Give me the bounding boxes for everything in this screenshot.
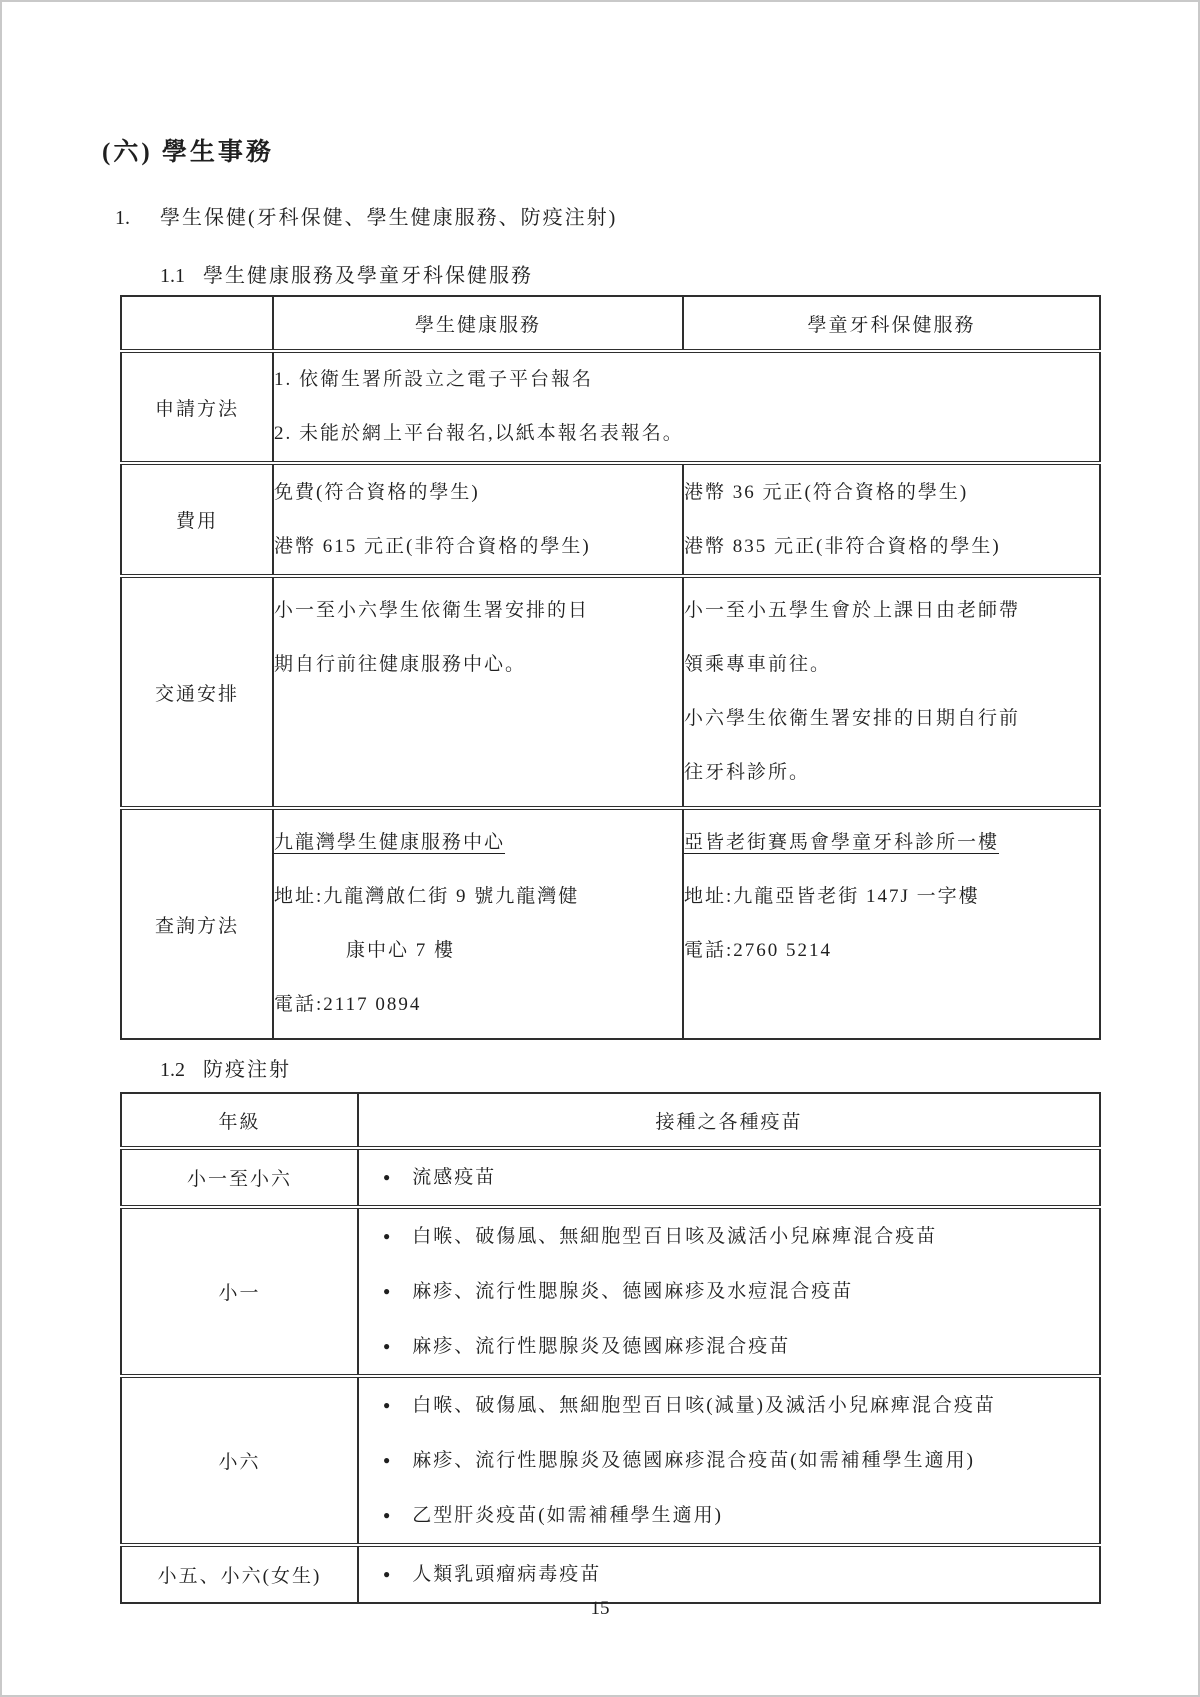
header-cell-dental-service: 學童牙科保健服務 [683,296,1100,351]
vaccine-text: 白喉、破傷風、無細胞型百日咳(減量)及滅活小兒麻痺混合疫苗 [412,1395,996,1416]
list-item-1-number: 1. [115,207,130,230]
bullet-icon: ● [383,1319,390,1374]
vaccine-text: 麻疹、流行性腮腺炎及德國麻疹混合疫苗(如需補種學生適用) [412,1450,975,1471]
vaccine-item: ●白喉、破傷風、無細胞型百日咳(減量)及滅活小兒麻痺混合疫苗 [359,1378,1099,1433]
header-cell-grade: 年級 [121,1093,358,1148]
row-label-fee: 費用 [121,463,273,576]
vaccine-row-p1: 小一 ●白喉、破傷風、無細胞型百日咳及滅活小兒麻痺混合疫苗 ●麻疹、流行性腮腺炎… [121,1207,1100,1376]
grade-label-p1: 小一 [121,1207,358,1376]
header-cell-empty [121,296,273,351]
transport-health-cell: 小一至小六學生依衛生署安排的日 期自行前往健康服務中心。 [273,576,683,808]
transport-dental-line-4: 往牙科診所。 [684,746,1099,800]
document-page: (六) 學生事務 1.學生保健(牙科保健、學生健康服務、防疫注射) 1.1學生健… [0,0,1200,1697]
bullet-icon: ● [383,1150,390,1205]
apply-step-2: 2. 未能於網上平台報名,以紙本報名表報名。 [274,407,1099,461]
health-dental-service-table: 學生健康服務 學童牙科保健服務 申請方法 1. 依衛生署所設立之電子平台報名 2… [120,295,1101,1040]
vaccine-row-p6: 小六 ●白喉、破傷風、無細胞型百日咳(減量)及滅活小兒麻痺混合疫苗 ●麻疹、流行… [121,1376,1100,1545]
vaccine-text: 人類乳頭瘤病毒疫苗 [412,1564,601,1585]
transport-health-line-2: 期自行前往健康服務中心。 [274,638,682,692]
vaccine-item: ●乙型肝炎疫苗(如需補種學生適用) [359,1488,1099,1543]
vaccine-row-p5-p6-girls: 小五、小六(女生) ●人類乳頭瘤病毒疫苗 [121,1545,1100,1603]
vaccine-text: 白喉、破傷風、無細胞型百日咳及滅活小兒麻痺混合疫苗 [412,1226,937,1247]
header-cell-vaccines: 接種之各種疫苗 [358,1093,1100,1148]
row-label-apply-method: 申請方法 [121,351,273,463]
dental-clinic-address: 地址:九龍亞皆老街 147J 一字樓 [684,870,1099,924]
page-number: 15 [2,1598,1198,1620]
fee-dental-line-2: 港幣 835 元正(非符合資格的學生) [684,520,1099,574]
transport-dental-line-1: 小一至小五學生會於上課日由老師帶 [684,584,1099,638]
list-item-1-1: 1.1學生健康服務及學童牙科保健服務 [160,259,533,288]
vaccine-cell-p5-p6-girls: ●人類乳頭瘤病毒疫苗 [358,1545,1100,1603]
list-item-1-1-text: 學生健康服務及學童牙科保健服務 [203,265,533,287]
vaccine-item: ●白喉、破傷風、無細胞型百日咳及滅活小兒麻痺混合疫苗 [359,1209,1099,1264]
health-centre-address-line-2: 康中心 7 樓 [346,924,682,978]
health-centre-phone: 電話:2117 0894 [274,978,682,1032]
grade-label-p5-p6-girls: 小五、小六(女生) [121,1545,358,1603]
row-label-enquiry: 查詢方法 [121,808,273,1039]
enquiry-health-cell: 九龍灣學生健康服務中心 地址:九龍灣啟仁街 9 號九龍灣健 康中心 7 樓 電話… [273,808,683,1039]
vaccine-cell-p1: ●白喉、破傷風、無細胞型百日咳及滅活小兒麻痺混合疫苗 ●麻疹、流行性腮腺炎、德國… [358,1207,1100,1376]
vaccine-item: ●麻疹、流行性腮腺炎及德國麻疹混合疫苗(如需補種學生適用) [359,1433,1099,1488]
vaccine-item: ●流感疫苗 [359,1150,1099,1205]
enquiry-dental-cell: 亞皆老街賽馬會學童牙科診所一樓 地址:九龍亞皆老街 147J 一字樓 電話:27… [683,808,1100,1039]
header-cell-health-service: 學生健康服務 [273,296,683,351]
section-title: (六) 學生事務 [102,132,274,168]
vaccine-header-row: 年級 接種之各種疫苗 [121,1093,1100,1148]
list-item-1-1-number: 1.1 [160,265,185,288]
health-centre-name: 九龍灣學生健康服務中心 [274,816,682,870]
transport-health-line-1: 小一至小六學生依衛生署安排的日 [274,584,682,638]
vaccine-text: 麻疹、流行性腮腺炎及德國麻疹混合疫苗 [412,1336,790,1357]
vaccine-cell-p6: ●白喉、破傷風、無細胞型百日咳(減量)及滅活小兒麻痺混合疫苗 ●麻疹、流行性腮腺… [358,1376,1100,1545]
list-item-1: 1.學生保健(牙科保健、學生健康服務、防疫注射) [115,201,617,230]
bullet-icon: ● [383,1264,390,1319]
transport-dental-line-2: 領乘專車前往。 [684,638,1099,692]
grade-label-p1-p6: 小一至小六 [121,1148,358,1207]
bullet-icon: ● [383,1488,390,1543]
dental-clinic-name: 亞皆老街賽馬會學童牙科診所一樓 [684,816,1099,870]
fee-dental-line-1: 港幣 36 元正(符合資格的學生) [684,466,1099,520]
fee-health-line-1: 免費(符合資格的學生) [274,466,682,520]
health-centre-address-line-1: 地址:九龍灣啟仁街 9 號九龍灣健 [274,870,682,924]
bullet-icon: ● [383,1433,390,1488]
vaccine-text: 流感疫苗 [412,1167,496,1188]
dental-clinic-phone: 電話:2760 5214 [684,924,1099,978]
bullet-icon: ● [383,1209,390,1264]
grade-label-p6: 小六 [121,1376,358,1545]
fee-health-cell: 免費(符合資格的學生) 港幣 615 元正(非符合資格的學生) [273,463,683,576]
table-row-fee: 費用 免費(符合資格的學生) 港幣 615 元正(非符合資格的學生) 港幣 36… [121,463,1100,576]
table-row-enquiry: 查詢方法 九龍灣學生健康服務中心 地址:九龍灣啟仁街 9 號九龍灣健 康中心 7… [121,808,1100,1039]
transport-dental-line-3: 小六學生依衛生署安排的日期自行前 [684,692,1099,746]
table-row-transport: 交通安排 小一至小六學生依衛生署安排的日 期自行前往健康服務中心。 小一至小五學… [121,576,1100,808]
apply-step-1: 1. 依衛生署所設立之電子平台報名 [274,353,1099,407]
list-item-1-2-text: 防疫注射 [203,1059,291,1081]
table-row-apply-method: 申請方法 1. 依衛生署所設立之電子平台報名 2. 未能於網上平台報名,以紙本報… [121,351,1100,463]
vaccine-text: 麻疹、流行性腮腺炎、德國麻疹及水痘混合疫苗 [412,1281,853,1302]
fee-dental-cell: 港幣 36 元正(符合資格的學生) 港幣 835 元正(非符合資格的學生) [683,463,1100,576]
vaccine-item: ●麻疹、流行性腮腺炎、德國麻疹及水痘混合疫苗 [359,1264,1099,1319]
row-label-transport: 交通安排 [121,576,273,808]
apply-method-cell: 1. 依衛生署所設立之電子平台報名 2. 未能於網上平台報名,以紙本報名表報名。 [273,351,1100,463]
vaccine-row-p1-p6: 小一至小六 ●流感疫苗 [121,1148,1100,1207]
list-item-1-text: 學生保健(牙科保健、學生健康服務、防疫注射) [160,207,617,229]
vaccine-item: ●人類乳頭瘤病毒疫苗 [359,1547,1099,1602]
list-item-1-2-number: 1.2 [160,1059,185,1082]
list-item-1-2: 1.2防疫注射 [160,1053,291,1082]
vaccination-table: 年級 接種之各種疫苗 小一至小六 ●流感疫苗 小一 ●白喉、破傷風、無細胞型百日… [120,1092,1101,1604]
transport-dental-cell: 小一至小五學生會於上課日由老師帶 領乘專車前往。 小六學生依衛生署安排的日期自行… [683,576,1100,808]
vaccine-item: ●麻疹、流行性腮腺炎及德國麻疹混合疫苗 [359,1319,1099,1374]
bullet-icon: ● [383,1378,390,1433]
bullet-icon: ● [383,1547,390,1602]
vaccine-text: 乙型肝炎疫苗(如需補種學生適用) [412,1505,723,1526]
vaccine-cell-p1-p6: ●流感疫苗 [358,1148,1100,1207]
fee-health-line-2: 港幣 615 元正(非符合資格的學生) [274,520,682,574]
table-header-row: 學生健康服務 學童牙科保健服務 [121,296,1100,351]
